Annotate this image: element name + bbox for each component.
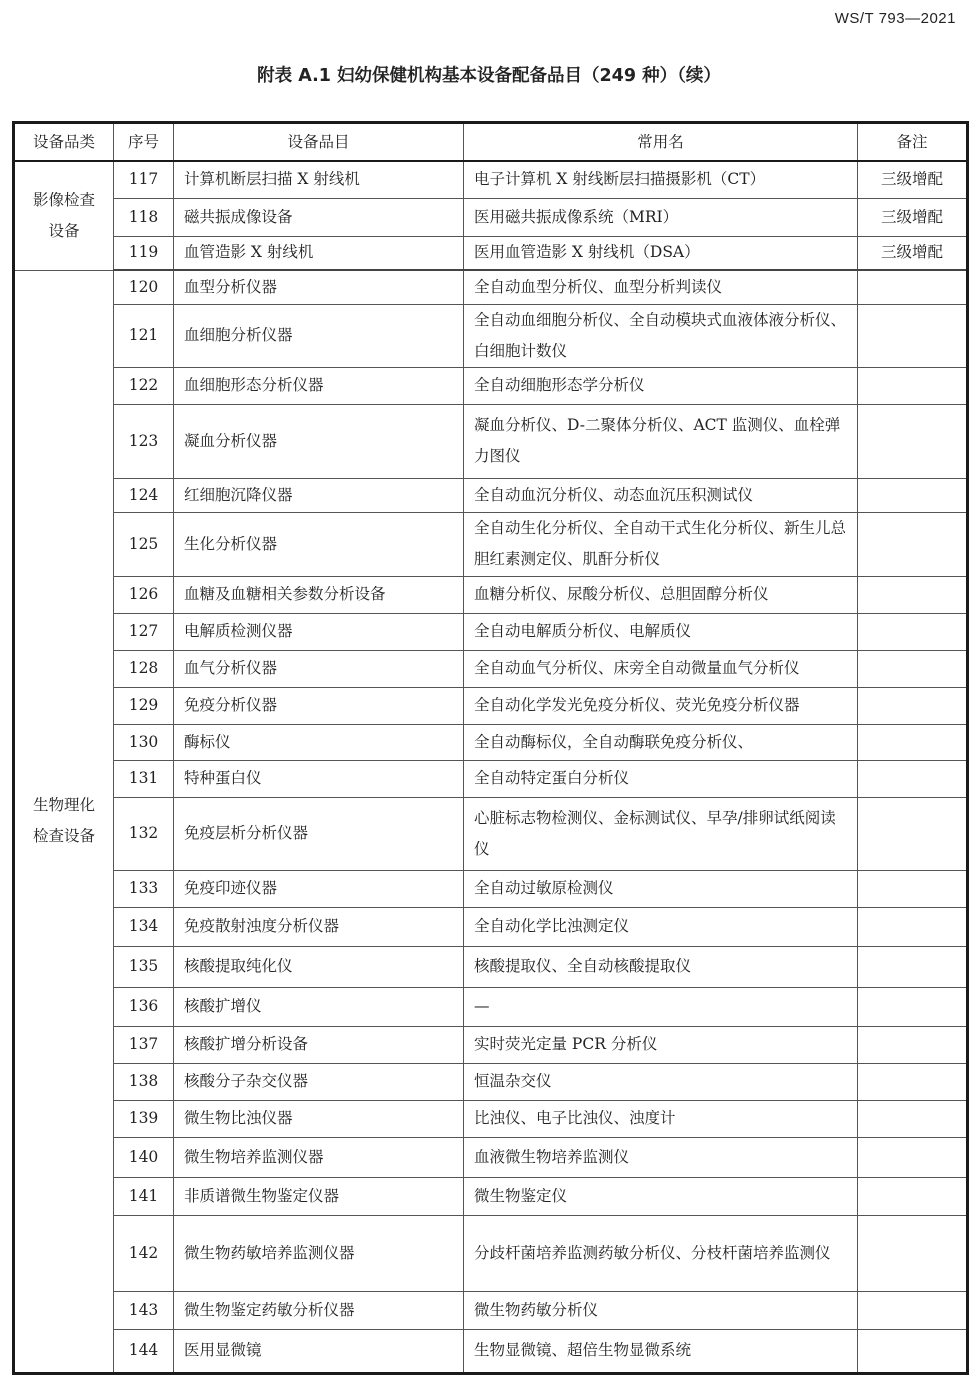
common-name-cell: 实时荧光定量 PCR 分析仪 — [464, 1026, 858, 1063]
category-cell: 影像检查设备 — [14, 161, 114, 270]
number-cell: 129 — [114, 687, 174, 724]
table-row: 126血糖及血糖相关参数分析设备血糖分析仪、尿酸分析仪、总胆固醇分析仪 — [14, 576, 968, 613]
item-cell: 凝血分析仪器 — [174, 404, 464, 478]
table-row: 135核酸提取纯化仪核酸提取仪、全自动核酸提取仪 — [14, 946, 968, 987]
number-cell: 122 — [114, 367, 174, 404]
item-cell: 核酸扩增分析设备 — [174, 1026, 464, 1063]
number-cell: 144 — [114, 1329, 174, 1373]
note-cell: 三级增配 — [858, 236, 968, 270]
common-name-cell: 微生物鉴定仪 — [464, 1177, 858, 1215]
item-cell: 微生物鉴定药敏分析仪器 — [174, 1291, 464, 1329]
note-cell — [858, 1177, 968, 1215]
table-row: 影像检查设备117计算机断层扫描 X 射线机电子计算机 X 射线断层扫描摄影机（… — [14, 161, 968, 198]
item-cell: 磁共振成像设备 — [174, 198, 464, 236]
common-name-cell: 全自动特定蛋白分析仪 — [464, 760, 858, 797]
note-cell — [858, 304, 968, 367]
common-name-cell: 医用血管造影 X 射线机（DSA） — [464, 236, 858, 270]
item-cell: 核酸分子杂交仪器 — [174, 1063, 464, 1100]
table-row: 130酶标仪全自动酶标仪，全自动酶联免疫分析仪、 — [14, 724, 968, 760]
note-cell — [858, 1291, 968, 1329]
note-cell — [858, 270, 968, 304]
common-name-cell: 凝血分析仪、D-二聚体分析仪、ACT 监测仪、血栓弹力图仪 — [464, 404, 858, 478]
item-cell: 电解质检测仪器 — [174, 613, 464, 650]
table-row: 127电解质检测仪器全自动电解质分析仪、电解质仪 — [14, 613, 968, 650]
common-name-cell: 分歧杆菌培养监测药敏分析仪、分枝杆菌培养监测仪 — [464, 1215, 858, 1291]
table-row: 136核酸扩增仪— — [14, 987, 968, 1026]
table-row: 128血气分析仪器全自动血气分析仪、床旁全自动微量血气分析仪 — [14, 650, 968, 687]
note-cell — [858, 1329, 968, 1373]
number-cell: 139 — [114, 1100, 174, 1137]
table-row: 122血细胞形态分析仪器全自动细胞形态学分析仪 — [14, 367, 968, 404]
number-cell: 117 — [114, 161, 174, 198]
common-name-cell: 血糖分析仪、尿酸分析仪、总胆固醇分析仪 — [464, 576, 858, 613]
common-name-cell: 全自动生化分析仪、全自动干式生化分析仪、新生儿总胆红素测定仪、肌酐分析仪 — [464, 512, 858, 576]
common-name-cell: 电子计算机 X 射线断层扫描摄影机（CT） — [464, 161, 858, 198]
item-cell: 免疫分析仪器 — [174, 687, 464, 724]
number-cell: 123 — [114, 404, 174, 478]
category-label-line: 检查设备 — [21, 821, 107, 852]
note-cell — [858, 870, 968, 907]
table-row: 140微生物培养监测仪器血液微生物培养监测仪 — [14, 1137, 968, 1177]
number-cell: 140 — [114, 1137, 174, 1177]
note-cell — [858, 1137, 968, 1177]
standard-code: WS/T 793—2021 — [835, 10, 956, 27]
common-name-cell: 血液微生物培养监测仪 — [464, 1137, 858, 1177]
item-cell: 血细胞形态分析仪器 — [174, 367, 464, 404]
common-name-cell: 全自动过敏原检测仪 — [464, 870, 858, 907]
item-cell: 核酸提取纯化仪 — [174, 946, 464, 987]
common-name-cell: 全自动血沉分析仪、动态血沉压积测试仪 — [464, 478, 858, 512]
number-cell: 125 — [114, 512, 174, 576]
table-row: 118磁共振成像设备医用磁共振成像系统（MRI）三级增配 — [14, 198, 968, 236]
note-cell — [858, 1215, 968, 1291]
common-name-cell: 恒温杂交仪 — [464, 1063, 858, 1100]
column-header-category: 设备品类 — [14, 123, 114, 162]
item-cell: 免疫层析分析仪器 — [174, 797, 464, 870]
common-name-cell: 全自动血细胞分析仪、全自动模块式血液体液分析仪、白细胞计数仪 — [464, 304, 858, 367]
table-row: 141非质谱微生物鉴定仪器微生物鉴定仪 — [14, 1177, 968, 1215]
column-header-item: 设备品目 — [174, 123, 464, 162]
note-cell — [858, 907, 968, 946]
number-cell: 118 — [114, 198, 174, 236]
common-name-cell: 生物显微镜、超倍生物显微系统 — [464, 1329, 858, 1373]
note-cell — [858, 687, 968, 724]
common-name-cell: — — [464, 987, 858, 1026]
common-name-cell: 全自动血型分析仪、血型分析判读仪 — [464, 270, 858, 304]
note-cell: 三级增配 — [858, 161, 968, 198]
common-name-cell: 核酸提取仪、全自动核酸提取仪 — [464, 946, 858, 987]
table-row: 134免疫散射浊度分析仪器全自动化学比浊测定仪 — [14, 907, 968, 946]
table-header-row: 设备品类 序号 设备品目 常用名 备注 — [14, 123, 968, 162]
number-cell: 130 — [114, 724, 174, 760]
number-cell: 119 — [114, 236, 174, 270]
table-row: 132免疫层析分析仪器心脏标志物检测仪、金标测试仪、早孕/排卵试纸阅读仪 — [14, 797, 968, 870]
number-cell: 126 — [114, 576, 174, 613]
category-cell: 生物理化检查设备 — [14, 270, 114, 1373]
table-row: 137核酸扩增分析设备实时荧光定量 PCR 分析仪 — [14, 1026, 968, 1063]
table-row: 124红细胞沉降仪器全自动血沉分析仪、动态血沉压积测试仪 — [14, 478, 968, 512]
note-cell — [858, 724, 968, 760]
common-name-cell: 医用磁共振成像系统（MRI） — [464, 198, 858, 236]
note-cell — [858, 1063, 968, 1100]
item-cell: 微生物培养监测仪器 — [174, 1137, 464, 1177]
item-cell: 免疫散射浊度分析仪器 — [174, 907, 464, 946]
note-cell — [858, 404, 968, 478]
note-cell: 三级增配 — [858, 198, 968, 236]
item-cell: 医用显微镜 — [174, 1329, 464, 1373]
note-cell — [858, 1026, 968, 1063]
item-cell: 红细胞沉降仪器 — [174, 478, 464, 512]
table-row: 生物理化检查设备120血型分析仪器全自动血型分析仪、血型分析判读仪 — [14, 270, 968, 304]
table-row: 138核酸分子杂交仪器恒温杂交仪 — [14, 1063, 968, 1100]
item-cell: 计算机断层扫描 X 射线机 — [174, 161, 464, 198]
column-header-common-name: 常用名 — [464, 123, 858, 162]
table-row: 139微生物比浊仪器比浊仪、电子比浊仪、浊度计 — [14, 1100, 968, 1137]
table-row: 133免疫印迹仪器全自动过敏原检测仪 — [14, 870, 968, 907]
number-cell: 133 — [114, 870, 174, 907]
number-cell: 134 — [114, 907, 174, 946]
number-cell: 120 — [114, 270, 174, 304]
item-cell: 血管造影 X 射线机 — [174, 236, 464, 270]
item-cell: 微生物药敏培养监测仪器 — [174, 1215, 464, 1291]
number-cell: 127 — [114, 613, 174, 650]
number-cell: 143 — [114, 1291, 174, 1329]
number-cell: 137 — [114, 1026, 174, 1063]
column-header-note: 备注 — [858, 123, 968, 162]
common-name-cell: 全自动电解质分析仪、电解质仪 — [464, 613, 858, 650]
common-name-cell: 心脏标志物检测仪、金标测试仪、早孕/排卵试纸阅读仪 — [464, 797, 858, 870]
note-cell — [858, 478, 968, 512]
common-name-cell: 比浊仪、电子比浊仪、浊度计 — [464, 1100, 858, 1137]
item-cell: 血细胞分析仪器 — [174, 304, 464, 367]
category-label-line: 生物理化 — [21, 790, 107, 821]
number-cell: 121 — [114, 304, 174, 367]
table-row: 143微生物鉴定药敏分析仪器微生物药敏分析仪 — [14, 1291, 968, 1329]
common-name-cell: 微生物药敏分析仪 — [464, 1291, 858, 1329]
common-name-cell: 全自动化学发光免疫分析仪、荧光免疫分析仪器 — [464, 687, 858, 724]
note-cell — [858, 367, 968, 404]
item-cell: 血气分析仪器 — [174, 650, 464, 687]
common-name-cell: 全自动化学比浊测定仪 — [464, 907, 858, 946]
category-label-line: 设备 — [21, 216, 107, 247]
table-row: 121血细胞分析仪器全自动血细胞分析仪、全自动模块式血液体液分析仪、白细胞计数仪 — [14, 304, 968, 367]
note-cell — [858, 650, 968, 687]
column-header-number: 序号 — [114, 123, 174, 162]
number-cell: 135 — [114, 946, 174, 987]
table-row: 131特种蛋白仪全自动特定蛋白分析仪 — [14, 760, 968, 797]
note-cell — [858, 576, 968, 613]
note-cell — [858, 613, 968, 650]
item-cell: 核酸扩增仪 — [174, 987, 464, 1026]
note-cell — [858, 512, 968, 576]
table-row: 142微生物药敏培养监测仪器分歧杆菌培养监测药敏分析仪、分枝杆菌培养监测仪 — [14, 1215, 968, 1291]
item-cell: 免疫印迹仪器 — [174, 870, 464, 907]
item-cell: 特种蛋白仪 — [174, 760, 464, 797]
note-cell — [858, 987, 968, 1026]
note-cell — [858, 946, 968, 987]
table-row: 119血管造影 X 射线机医用血管造影 X 射线机（DSA）三级增配 — [14, 236, 968, 270]
number-cell: 131 — [114, 760, 174, 797]
number-cell: 124 — [114, 478, 174, 512]
number-cell: 132 — [114, 797, 174, 870]
item-cell: 酶标仪 — [174, 724, 464, 760]
table-body: 影像检查设备117计算机断层扫描 X 射线机电子计算机 X 射线断层扫描摄影机（… — [14, 161, 968, 1373]
number-cell: 138 — [114, 1063, 174, 1100]
item-cell: 血型分析仪器 — [174, 270, 464, 304]
number-cell: 136 — [114, 987, 174, 1026]
number-cell: 142 — [114, 1215, 174, 1291]
number-cell: 141 — [114, 1177, 174, 1215]
item-cell: 非质谱微生物鉴定仪器 — [174, 1177, 464, 1215]
common-name-cell: 全自动血气分析仪、床旁全自动微量血气分析仪 — [464, 650, 858, 687]
note-cell — [858, 760, 968, 797]
item-cell: 血糖及血糖相关参数分析设备 — [174, 576, 464, 613]
table-title: 附表 A.1 妇幼保健机构基本设备配备品目（249 种）（续） — [0, 62, 978, 87]
item-cell: 生化分析仪器 — [174, 512, 464, 576]
common-name-cell: 全自动酶标仪，全自动酶联免疫分析仪、 — [464, 724, 858, 760]
item-cell: 微生物比浊仪器 — [174, 1100, 464, 1137]
note-cell — [858, 1100, 968, 1137]
equipment-table: 设备品类 序号 设备品目 常用名 备注 影像检查设备117计算机断层扫描 X 射… — [12, 121, 969, 1375]
table-row: 129免疫分析仪器全自动化学发光免疫分析仪、荧光免疫分析仪器 — [14, 687, 968, 724]
number-cell: 128 — [114, 650, 174, 687]
common-name-cell: 全自动细胞形态学分析仪 — [464, 367, 858, 404]
table-row: 123凝血分析仪器凝血分析仪、D-二聚体分析仪、ACT 监测仪、血栓弹力图仪 — [14, 404, 968, 478]
category-label-line: 影像检查 — [21, 185, 107, 216]
table-row: 125生化分析仪器全自动生化分析仪、全自动干式生化分析仪、新生儿总胆红素测定仪、… — [14, 512, 968, 576]
table-row: 144医用显微镜生物显微镜、超倍生物显微系统 — [14, 1329, 968, 1373]
note-cell — [858, 797, 968, 870]
